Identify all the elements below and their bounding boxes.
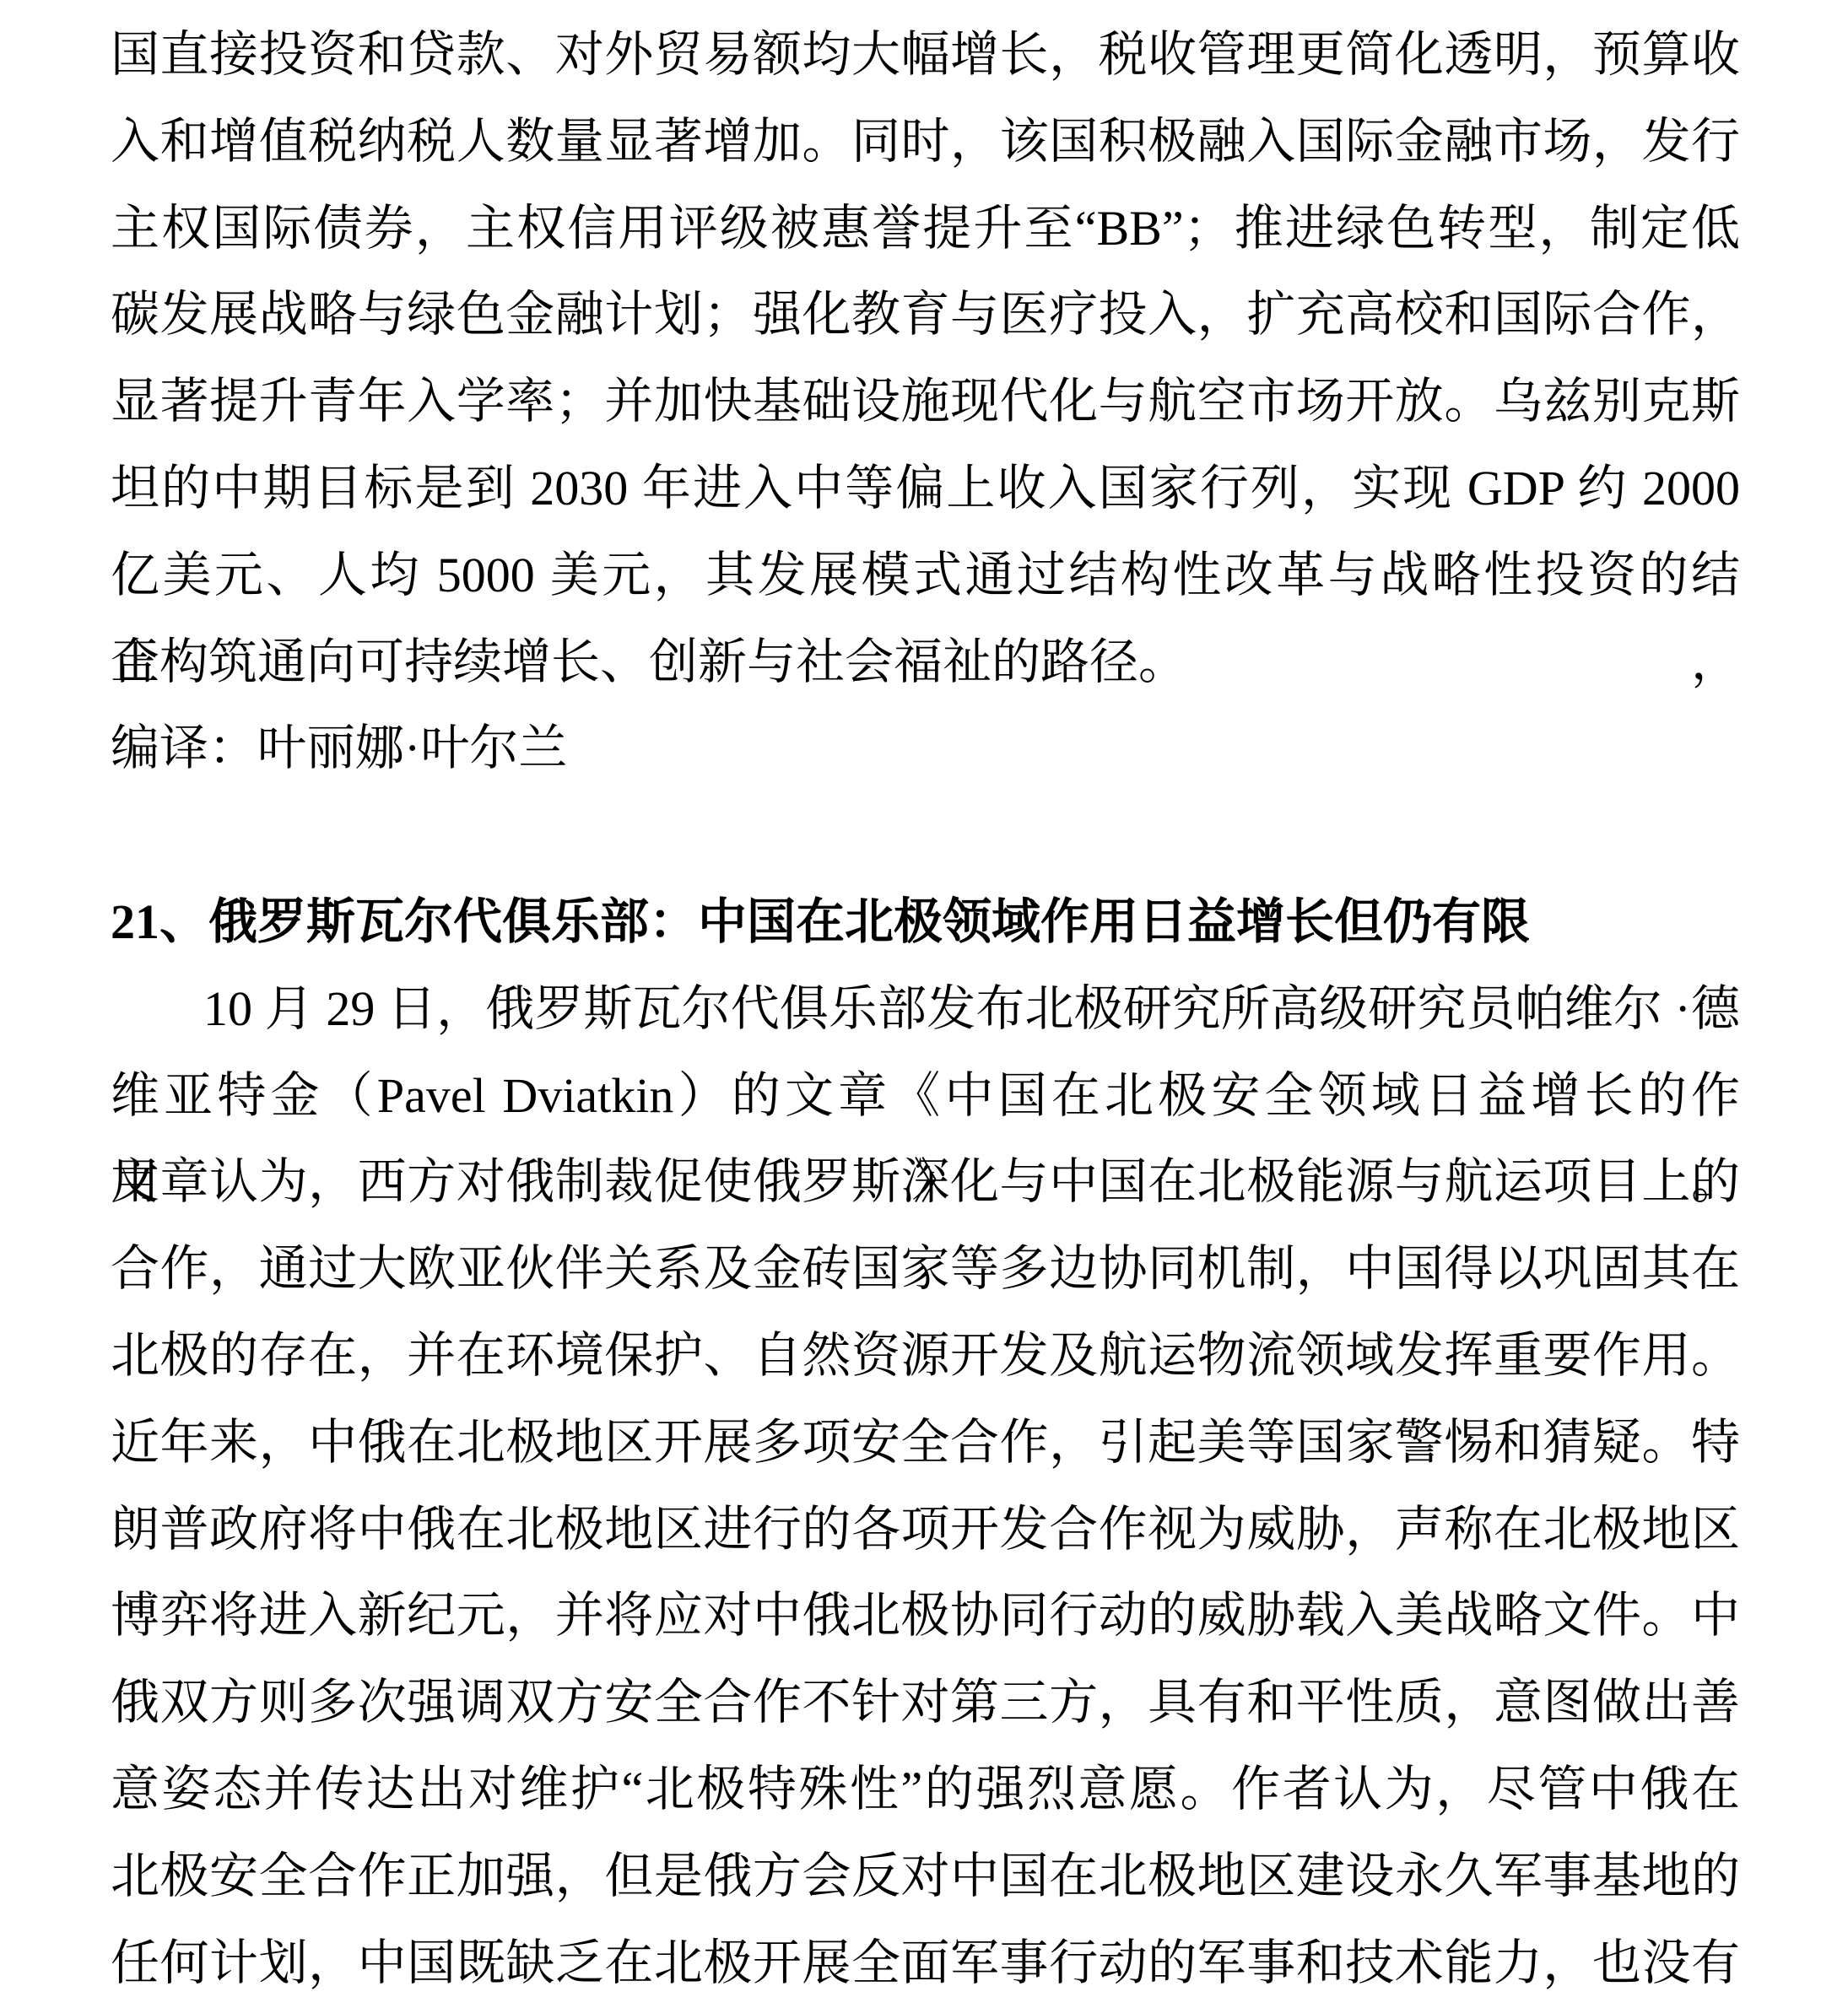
body-line: 维亚特金（Pavel Dviatkin）的文章《中国在北极安全领域日益增长的作用… (111, 1053, 1740, 1140)
paragraph-first-line: 10 月 29 日，俄罗斯瓦尔代俱乐部发布北极研究所高级研究员帕维尔 ·德 (111, 966, 1740, 1053)
body-line: 博弈将进入新纪元，并将应对中俄北极协同行动的威胁载入美战略文件。中 (111, 1573, 1740, 1660)
body-line: 俄双方则多次强调双方安全合作不针对第三方，具有和平性质，意图做出善 (111, 1660, 1740, 1746)
body-line: 国直接投资和贷款、对外贸易额均大幅增长，税收管理更简化透明，预算收 (111, 12, 1740, 99)
body-line: 合作，通过大欧亚伙伴关系及金砖国家等多边协同机制，中国得以巩固其在 (111, 1226, 1740, 1313)
spacer (111, 792, 1740, 879)
body-line: 入和增值税纳税人数量显著增加。同时，该国积极融入国际金融市场，发行 (111, 99, 1740, 186)
body-line: 亿美元、人均 5000 美元，其发展模式通过结构性改革与战略性投资的结合， (111, 532, 1740, 619)
translator-line: 编译：叶丽娜·叶尔兰 (111, 705, 1740, 792)
section-heading: 21、俄罗斯瓦尔代俱乐部：中国在北极领域作用日益增长但仍有限 (111, 879, 1740, 966)
body-line: 显著提升青年入学率；并加快基础设施现代化与航空市场开放。乌兹别克斯 (111, 359, 1740, 445)
body-line: 碳发展战略与绿色金融计划；强化教育与医疗投入，扩充高校和国际合作， (111, 272, 1740, 359)
body-line: 任何计划，中国既缺乏在北极开展全面军事行动的军事和技术能力，也没有 (111, 1920, 1740, 2007)
body-line: 坦的中期目标是到 2030 年进入中等偏上收入国家行列，实现 GDP 约 200… (111, 445, 1740, 532)
document-page: 国直接投资和贷款、对外贸易额均大幅增长，税收管理更简化透明，预算收入和增值税纳税… (0, 0, 1848, 2008)
body-line: 意姿态并传达出对维护“北极特殊性”的强烈意愿。作者认为，尽管中俄在 (111, 1746, 1740, 1833)
body-line: 文章认为，西方对俄制裁促使俄罗斯深化与中国在北极能源与航运项目上的 (111, 1139, 1740, 1226)
body-line: 主权国际债券，主权信用评级被惠誉提升至“BB”；推进绿色转型，制定低 (111, 186, 1740, 273)
body-line: 朗普政府将中俄在北极地区进行的各项开发合作视为威胁，声称在北极地区 (111, 1487, 1740, 1573)
body-line: 北极的存在，并在环境保护、自然资源开发及航运物流领域发挥重要作用。 (111, 1313, 1740, 1400)
body-line: 近年来，中俄在北极地区开展多项安全合作，引起美等国家警惕和猜疑。特 (111, 1400, 1740, 1487)
body-line: 北极安全合作正加强，但是俄方会反对中国在北极地区建设永久军事基地的 (111, 1833, 1740, 1920)
